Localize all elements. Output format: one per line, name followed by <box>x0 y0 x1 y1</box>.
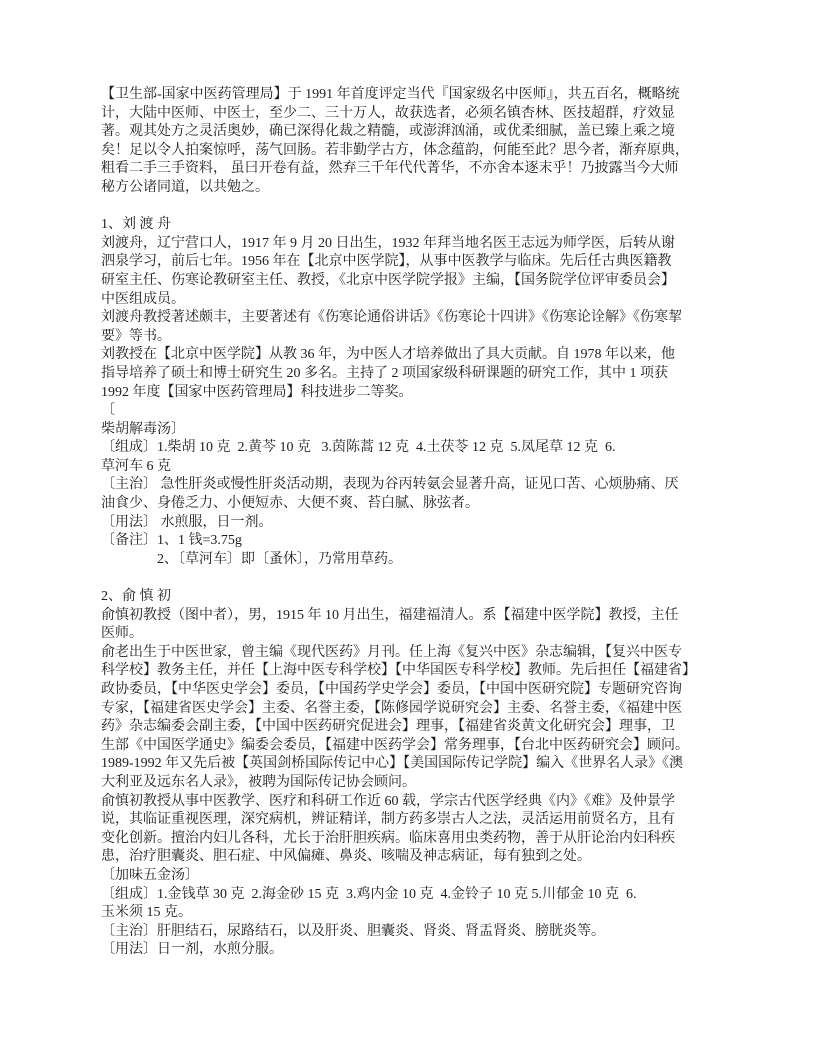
text-line: 指导培养了硕士和博士研究生 20 多名。主持了 2 项国家级科研课题的研究工作，… <box>101 365 720 384</box>
text-line: 科学校】教务主任，并任【上海中医专科学校】【中华国医专科学校】教师。先后担任【福… <box>101 662 720 681</box>
text-line: 患，治疗胆囊炎、胆石症、中风偏瘫、鼻炎、咳喘及神志病证，每有独到之处。 <box>101 848 720 867</box>
text-line: 1989-1992 年又先后被【英国剑桥国际传记中心】【美国国际传记学院】编入《… <box>101 755 720 774</box>
text-line: 〔用法〕 水煎服，日一剂。 <box>101 514 720 533</box>
text-line: 玉米须 15 克。 <box>101 904 720 923</box>
text-line: 研室主任、伤寒论教研室主任、教授，《北京中医学院学报》主编，【国务院学位评审委员… <box>101 272 720 291</box>
section-title: 2、俞 慎 初 <box>101 588 720 607</box>
text-line: 说，其临证重视医理，深究病机，辨证精详，制方药多崇古人之法，灵活运用前贤名方，且… <box>101 811 720 830</box>
text-line: 要》等书。 <box>101 328 720 347</box>
text-line: 〔备注〕1、1 钱=3.75g <box>101 532 720 551</box>
text-line: 〔加味五金汤〕 <box>101 867 720 886</box>
text-line: 〔用法〕日一剂，水煎分服。 <box>101 941 720 960</box>
document-page: 【卫生部-国家中医药管理局】于 1991 年首度评定当代『国家级名中医师』，共五… <box>0 0 816 1056</box>
text-line: 刘渡舟，辽宁营口人，1917 年 9 月 20 日出生，1932 年拜当地名医王… <box>101 235 720 254</box>
text-line: 1992 年度【国家中医药管理局】科技进步二等奖。 <box>101 384 720 403</box>
text-line: 中医组成员。 <box>101 291 720 310</box>
text-line: 秘方公诸同道，以共勉之。 <box>101 179 720 198</box>
text-line: 〔组成〕1.金钱草 30 克 2.海金砂 15 克 3.鸡内金 10 克 4.金… <box>101 886 720 905</box>
text-line: 柴胡解毒汤〕 <box>101 421 720 440</box>
text-line: 粗看二手三手资料， 虽曰开卷有益，然弃三千年代代菁华，不亦舍本逐末乎！乃披露当今… <box>101 160 720 179</box>
text-line: 刘渡舟教授著述颇丰，主要著述有《伤寒论通俗讲话》《伤寒论十四讲》《伤寒论诠解》《… <box>101 309 720 328</box>
text-line: 变化创新。擅治内妇儿各科，尤长于治肝胆疾病。临床喜用虫类药物，善于从肝论治内妇科… <box>101 830 720 849</box>
text-line: 专家，【福建省医史学会】主委、名誉主委，【陈修园学说研究会】主委、名誉主委，《福… <box>101 700 720 719</box>
section-liu-duzhou: 1、刘 渡 舟 刘渡舟，辽宁营口人，1917 年 9 月 20 日出生，1932… <box>101 216 720 569</box>
text-line: 矣！足以令人拍案惊呼，荡气回肠。若非勤学古方，体念蕴韵，何能至此？思今者，渐弃原… <box>101 142 720 161</box>
text-line: 计，大陆中医师、中医士，至少二、三十万人，故获选者，必须名镇杏林、医技超群，疗效… <box>101 105 720 124</box>
text-line: 大利亚及远东名人录》，被聘为国际传记协会顾问。 <box>101 774 720 793</box>
text-line: 生部《中国医学通史》编委会委员，【福建中医药学会】常务理事，【台北中医药研究会】… <box>101 737 720 756</box>
text-line: 著。观其处方之灵活奥妙，确已深得化裁之精髓，或澎湃汹涌，或优柔细腻，盖已臻上乘之… <box>101 123 720 142</box>
section-body: 俞慎初教授（图中者），男，1915 年 10 月出生，福建福清人。系【福建中医学… <box>101 607 720 960</box>
section-title: 1、刘 渡 舟 <box>101 216 720 235</box>
text-line: 药》杂志编委会副主委，【中国中医药研究促进会】理事，【福建省炎黄文化研究会】理事… <box>101 718 720 737</box>
text-line: 2、〔草河车〕即〔蚤休〕，乃常用草药。 <box>101 551 720 570</box>
text-line: 草河车 6 克 <box>101 458 720 477</box>
text-line: 〔主治〕肝胆结石，尿路结石，以及肝炎、胆囊炎、肾炎、肾盂肾炎、膀胱炎等。 <box>101 923 720 942</box>
text-line: 俞慎初教授（图中者），男，1915 年 10 月出生，福建福清人。系【福建中医学… <box>101 607 720 626</box>
text-line: 俞慎初教授从事中医教学、医疗和科研工作近 60 载，学宗古代医学经典《内》《难》… <box>101 793 720 812</box>
text-line: 〔组成〕1.柴胡 10 克 2.黄芩 10 克 3.茵陈蒿 12 克 4.土茯苓… <box>101 439 720 458</box>
section-yu-shenchu: 2、俞 慎 初 俞慎初教授（图中者），男，1915 年 10 月出生，福建福清人… <box>101 588 720 960</box>
text-line: 政协委员，【中华医史学会】委员，【中国药学史学会】委员，【中国中医研究院】专题研… <box>101 681 720 700</box>
text-line: 【卫生部-国家中医药管理局】于 1991 年首度评定当代『国家级名中医师』，共五… <box>101 86 720 105</box>
text-line: 泗泉学习，前后七年。1956 年在【北京中医学院】，从事中医教学与临床。先后任古… <box>101 253 720 272</box>
text-line: 油食少、身倦乏力、小便短赤、大便不爽、苔白腻、脉弦者。 <box>101 495 720 514</box>
text-line: 〔主治〕 急性肝炎或慢性肝炎活动期，表现为谷丙转氨会显著升高，证见口苦、心烦胁痛… <box>101 476 720 495</box>
text-line: 〔 <box>101 402 720 421</box>
text-line: 刘教授在【北京中医学院】从教 36 年，为中医人才培养做出了具大贡献。自 197… <box>101 346 720 365</box>
intro-paragraph: 【卫生部-国家中医药管理局】于 1991 年首度评定当代『国家级名中医师』，共五… <box>101 86 720 198</box>
section-body: 刘渡舟，辽宁营口人，1917 年 9 月 20 日出生，1932 年拜当地名医王… <box>101 235 720 570</box>
text-line: 俞老出生于中医世家，曾主编《现代医药》月刊。任上海《复兴中医》杂志编辑，【复兴中… <box>101 644 720 663</box>
text-line: 医师。 <box>101 625 720 644</box>
